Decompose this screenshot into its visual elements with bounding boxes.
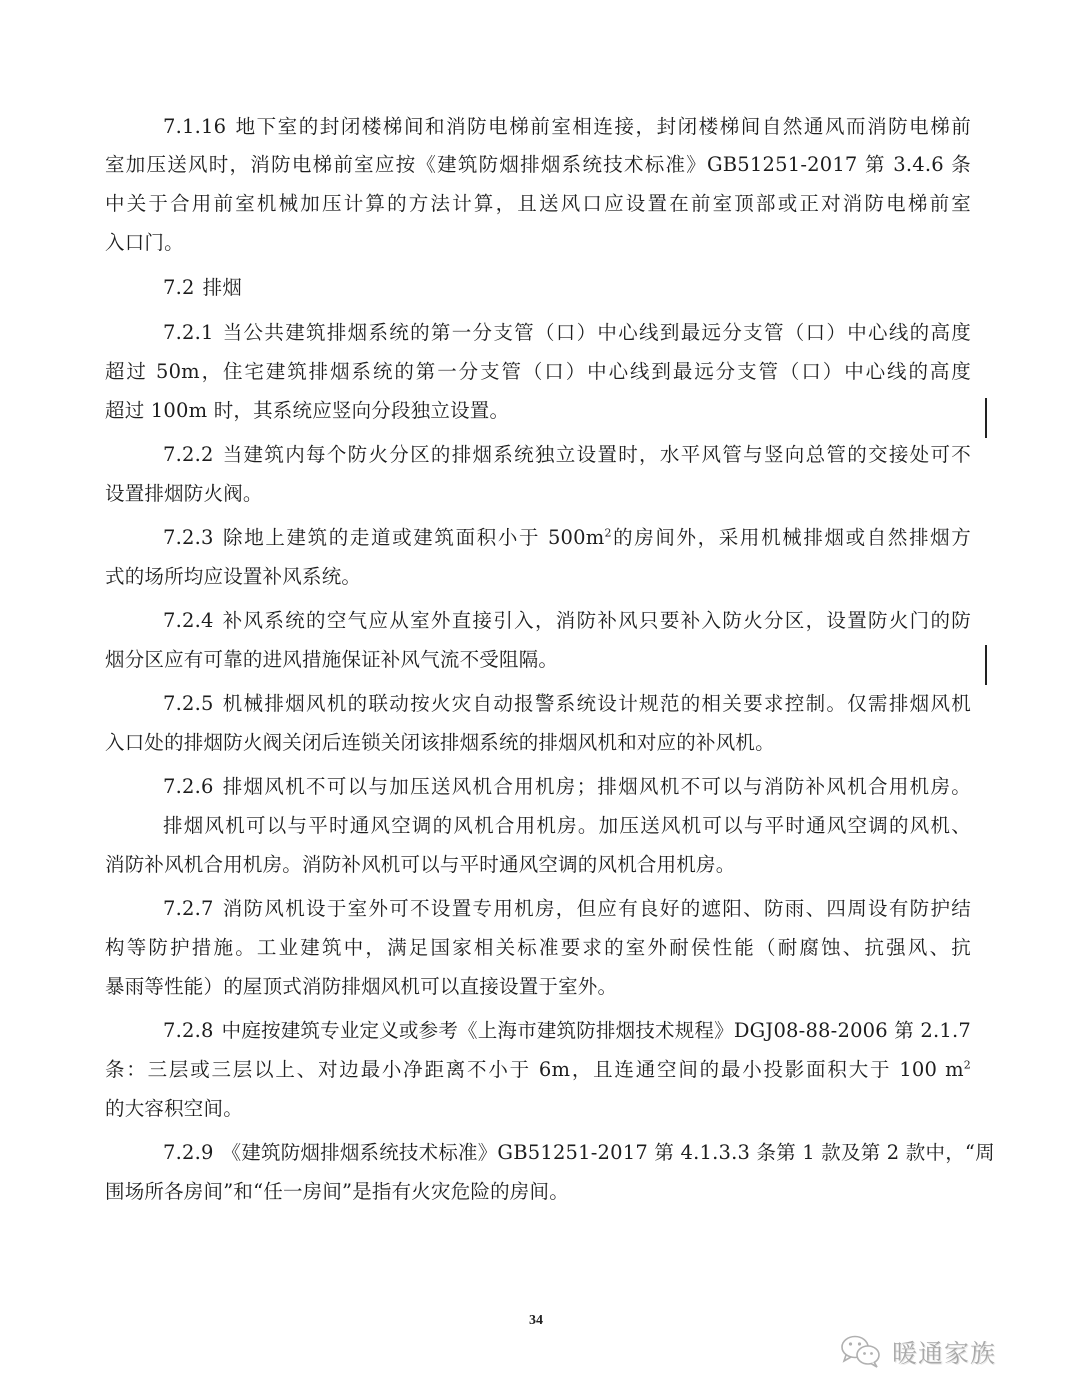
clause-7-1-16-line-1: 7.1.16地下室的封闭楼梯间和消防电梯前室相连接，封闭楼梯间自然通风而消防电梯…	[163, 112, 971, 142]
clause-7-2-1-line-3: 超过 100m 时，其系统应竖向分段独立设置。	[105, 396, 985, 426]
clause-number: 7.2.9	[163, 1141, 214, 1164]
clause-7-2-2-line-2: 设置排烟防火阀。	[105, 479, 985, 509]
clause-7-2-4-line-2: 烟分区应有可靠的进风措施保证补风气流不受阻隔。	[105, 645, 985, 675]
clause-7-2-8-line-2: 条：三层或三层以上、对边最小净距离不小于 6m，且连通空间的最小投影面积大于 1…	[105, 1055, 971, 1085]
clause-number: 7.2.7	[163, 897, 214, 920]
superscript: 2	[964, 1059, 971, 1072]
clause-7-2-3-line-2: 式的场所均应设置补风系统。	[105, 562, 985, 592]
revision-change-bar	[985, 645, 987, 685]
clause-7-2-6-line-3: 消防补风机合用机房。消防补风机可以与平时通风空调的风机合用机房。	[105, 850, 985, 880]
clause-7-2-8-line-3: 的大容积空间。	[105, 1094, 985, 1124]
wechat-icon	[840, 1334, 884, 1370]
clause-7-2-9-line-2: 围场所各房间”和“任一房间”是指有火灾危险的房间。	[105, 1177, 985, 1207]
page-number: 34	[529, 1313, 543, 1329]
section-number: 7.2	[163, 276, 195, 299]
watermark-text: 暖通家族	[892, 1334, 996, 1370]
clause-7-2-7-line-2: 构等防护措施。工业建筑中，满足国家相关标准要求的室外耐侯性能（耐腐蚀、抗强风、抗	[105, 933, 971, 963]
section-title: 排烟	[203, 276, 242, 299]
clause-number: 7.1.16	[163, 115, 226, 138]
clause-number: 7.2.8	[163, 1019, 214, 1042]
clause-7-2-1-line-1: 7.2.1当公共建筑排烟系统的第一分支管（口）中心线到最远分支管（口）中心线的高…	[163, 318, 971, 348]
clause-7-2-1-line-2: 超过 50m，住宅建筑排烟系统的第一分支管（口）中心线到最远分支管（口）中心线的…	[105, 357, 971, 387]
watermark: 暖通家族	[840, 1334, 996, 1370]
clause-7-2-6-line-2: 排烟风机可以与平时通风空调的风机合用机房。加压送风机可以与平时通风空调的风机、	[163, 811, 971, 841]
clause-7-1-16-line-2: 室加压送风时，消防电梯前室应按《建筑防烟排烟系统技术标准》GB51251-201…	[105, 150, 971, 180]
clause-7-2-9-line-1: 7.2.9《建筑防烟排烟系统技术标准》GB51251-2017 第 4.1.3.…	[163, 1138, 971, 1168]
clause-7-2-6-line-1: 7.2.6排烟风机不可以与加压送风机合用机房；排烟风机不可以与消防补风机合用机房…	[163, 772, 971, 802]
document-page: 7.1.16地下室的封闭楼梯间和消防电梯前室相连接，封闭楼梯间自然通风而消防电梯…	[0, 0, 1080, 1398]
clause-number: 7.2.6	[163, 775, 214, 798]
clause-7-2-4-line-1: 7.2.4补风系统的空气应从室外直接引入，消防补风只要补入防火分区，设置防火门的…	[163, 606, 971, 636]
clause-7-2-7-line-1: 7.2.7消防风机设于室外可不设置专用机房，但应有良好的遮阳、防雨、四周设有防护…	[163, 894, 971, 924]
clause-number: 7.2.4	[163, 609, 214, 632]
clause-7-2-8-line-1: 7.2.8中庭按建筑专业定义或参考《上海市建筑防排烟技术规程》DGJ08-88-…	[163, 1016, 971, 1046]
clause-number: 7.2.3	[163, 526, 214, 549]
clause-7-1-16-line-4: 入口门。	[105, 228, 985, 258]
superscript: 2	[604, 527, 611, 540]
clause-number: 7.2.5	[163, 692, 214, 715]
clause-number: 7.2.1	[163, 321, 214, 344]
clause-7-2-3-line-1: 7.2.3除地上建筑的走道或建筑面积小于 500m2的房间外，采用机械排烟或自然…	[163, 523, 971, 553]
revision-change-bar	[985, 398, 987, 438]
clause-number: 7.2.2	[163, 443, 214, 466]
clause-7-2-7-line-3: 暴雨等性能）的屋顶式消防排烟风机可以直接设置于室外。	[105, 972, 985, 1002]
clause-7-1-16-line-3: 中关于合用前室机械加压计算的方法计算，且送风口应设置在前室顶部或正对消防电梯前室	[105, 189, 971, 219]
clause-7-2-2-line-1: 7.2.2当建筑内每个防火分区的排烟系统独立设置时，水平风管与竖向总管的交接处可…	[163, 440, 971, 470]
clause-7-2-5-line-1: 7.2.5机械排烟风机的联动按火灾自动报警系统设计规范的相关要求控制。仅需排烟风…	[163, 689, 971, 719]
clause-7-2-5-line-2: 入口处的排烟防火阀关闭后连锁关闭该排烟系统的排烟风机和对应的补风机。	[105, 728, 985, 758]
section-heading-7-2: 7.2排烟	[163, 273, 1043, 303]
